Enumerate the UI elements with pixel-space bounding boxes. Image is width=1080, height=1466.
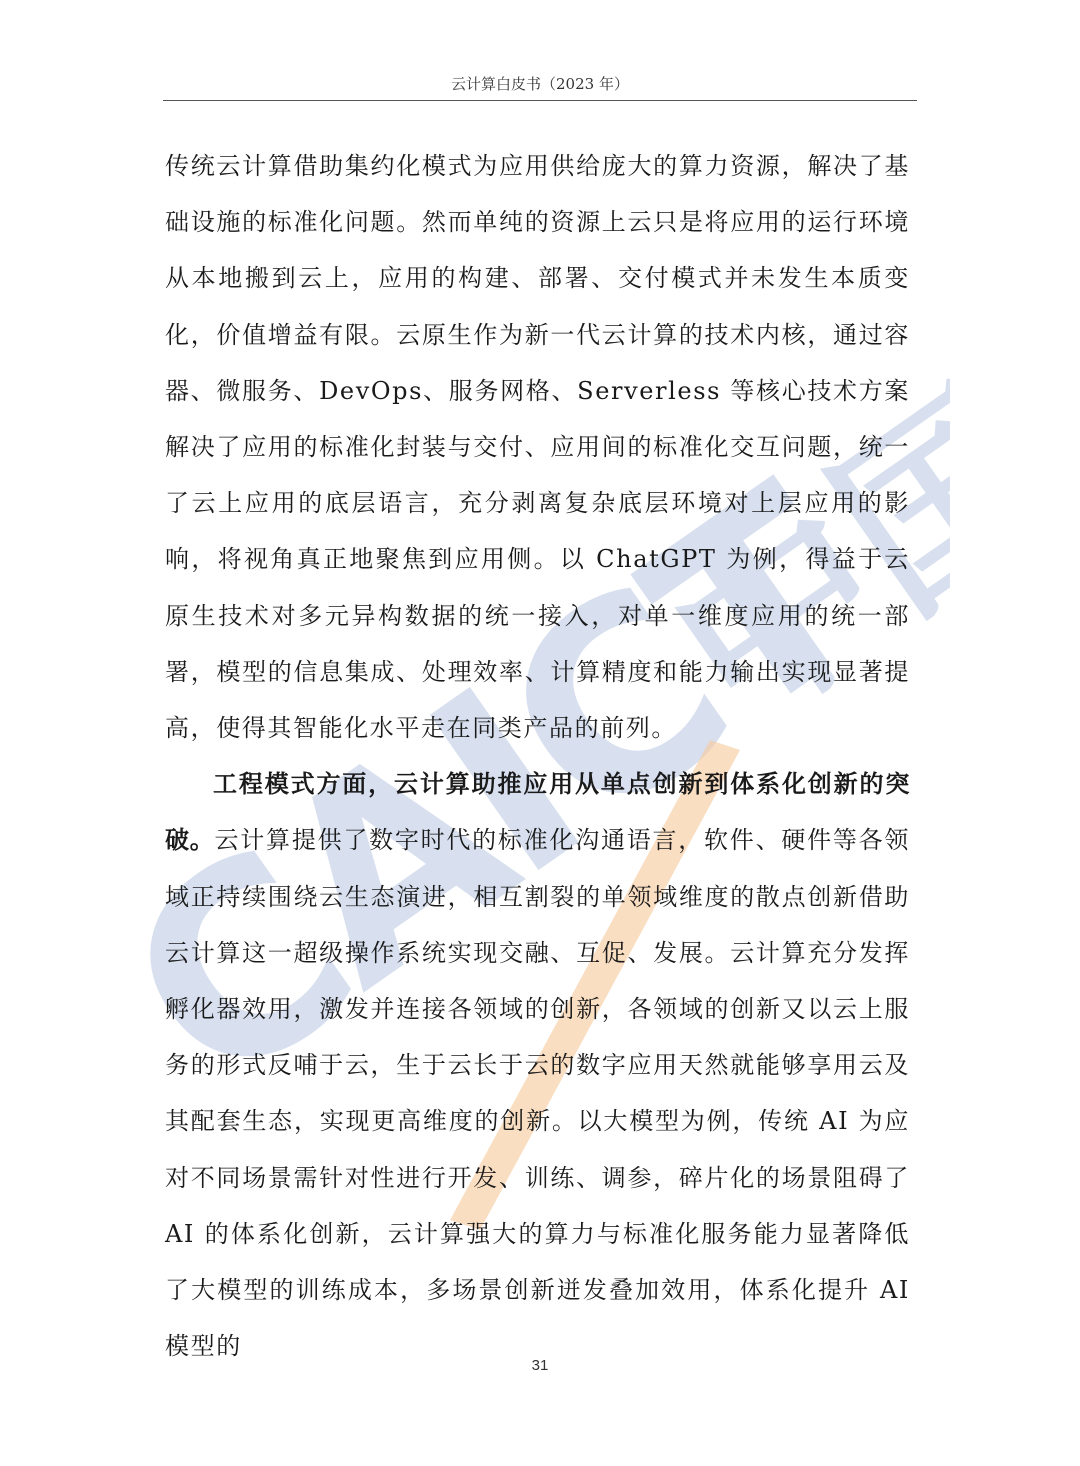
running-header: 云计算白皮书（2023 年） <box>163 74 917 94</box>
page-number: 31 <box>0 1357 1080 1374</box>
body-text: 传统云计算借助集约化模式为应用供给庞大的算力资源，解决了基础设施的标准化问题。然… <box>165 138 910 1374</box>
paragraph-2: 工程模式方面，云计算助推应用从单点创新到体系化创新的突破。云计算提供了数字时代的… <box>165 756 910 1374</box>
header-rule-divider <box>163 100 917 101</box>
paragraph-1-text: 传统云计算借助集约化模式为应用供给庞大的算力资源，解决了基础设施的标准化问题。然… <box>165 152 910 742</box>
paragraph-2-text: 云计算提供了数字时代的标准化沟通语言，软件、硬件等各领域正持续围绕云生态演进，相… <box>165 826 910 1360</box>
paragraph-1: 传统云计算借助集约化模式为应用供给庞大的算力资源，解决了基础设施的标准化问题。然… <box>165 138 910 756</box>
